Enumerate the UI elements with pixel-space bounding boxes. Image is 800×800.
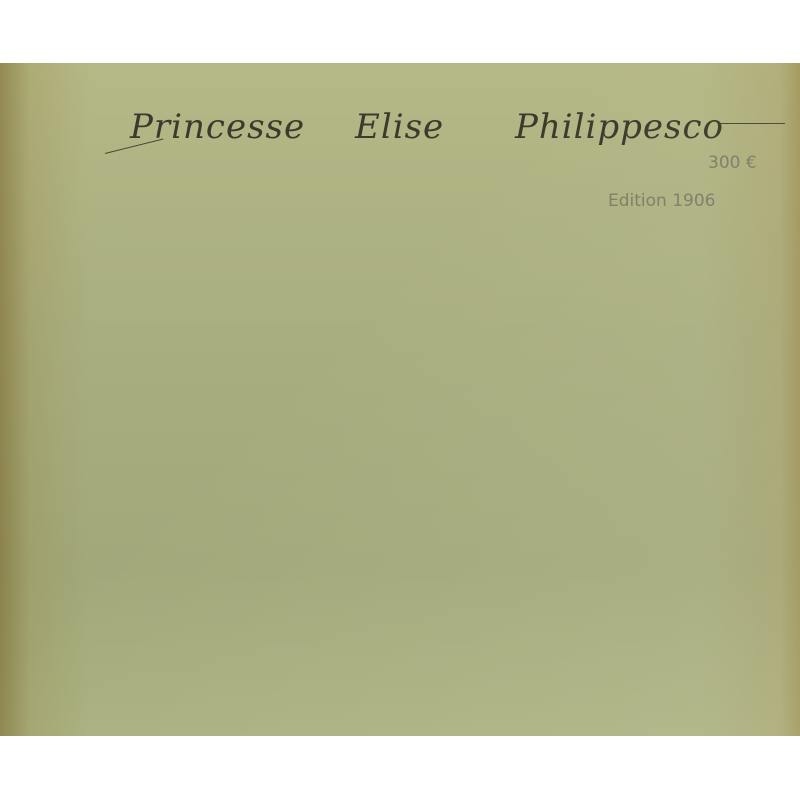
- pencil-price-note: 300 €: [708, 153, 757, 173]
- signature-tail-line: [720, 123, 785, 124]
- signature-flourish: [105, 138, 163, 153]
- inscription-word-philippesco: Philippesco: [515, 107, 724, 147]
- inscription-word-elise: Elise: [355, 107, 444, 147]
- book-flyleaf-page: Princesse Elise Philippesco 300 € Editio…: [0, 63, 800, 736]
- inscription-word-princesse: Princesse: [130, 107, 305, 147]
- pencil-edition-note: Edition 1906: [608, 191, 716, 211]
